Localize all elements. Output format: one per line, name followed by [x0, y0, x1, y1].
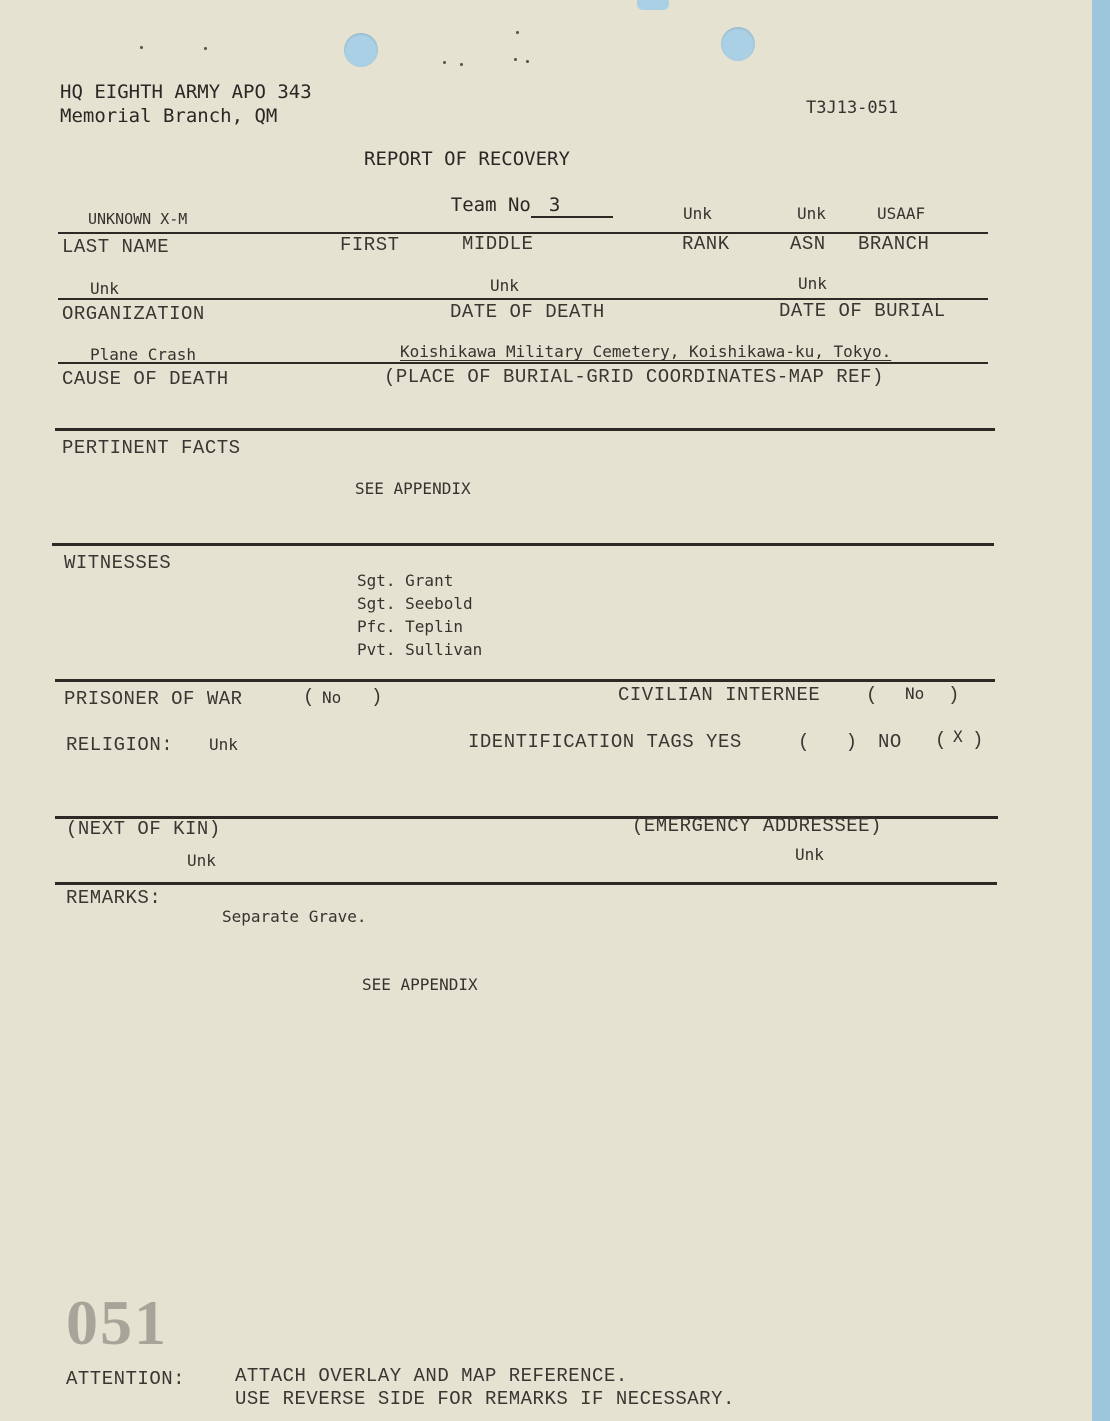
team-number-field: Team No3	[405, 172, 613, 240]
report-form-page: HQ EIGHTH ARMY APO 343 Memorial Branch, …	[0, 0, 1092, 1421]
witness-2: Sgt. Seebold	[357, 594, 473, 613]
witness-4: Pvt. Sullivan	[357, 640, 482, 659]
last-name-value: UNKNOWN X-M	[88, 210, 187, 228]
civ-open-paren: (	[866, 684, 878, 706]
attention-line-1: ATTACH OVERLAY AND MAP REFERENCE.	[235, 1365, 628, 1387]
punch-hole-left	[344, 33, 378, 67]
divider-status	[55, 679, 995, 682]
witnesses-label: WITNESSES	[64, 552, 171, 574]
civ-close-paren: )	[948, 684, 960, 706]
religion-label: RELIGION:	[66, 734, 173, 756]
civilian-internee-label: CIVILIAN INTERNEE	[618, 684, 820, 706]
report-title: REPORT OF RECOVERY	[364, 148, 570, 170]
date-of-burial-label: DATE OF BURIAL	[779, 300, 946, 322]
paper-speck	[516, 31, 519, 34]
rank-label: RANK	[682, 233, 730, 255]
place-of-burial-value: Koishikawa Military Cemetery, Koishikawa…	[400, 342, 891, 361]
date-of-death-value: Unk	[490, 276, 519, 295]
witness-3: Pfc. Teplin	[357, 617, 463, 636]
id-tags-no-label: NO	[878, 731, 902, 753]
divider-row3	[58, 362, 988, 364]
id-tags-yes-box: ( )	[798, 731, 858, 753]
religion-value: Unk	[209, 735, 238, 754]
date-of-death-label: DATE OF DEATH	[450, 301, 605, 323]
id-tags-no-value: X	[953, 727, 963, 746]
pow-label: PRISONER OF WAR	[64, 688, 243, 710]
witness-1: Sgt. Grant	[357, 571, 453, 590]
emergency-addressee-value: Unk	[795, 845, 824, 864]
unit-line-2: Memorial Branch, QM	[60, 105, 277, 127]
page-notch	[637, 0, 669, 10]
divider-remarks	[55, 882, 997, 885]
rank-value: Unk	[683, 204, 712, 223]
last-name-label: LAST NAME	[62, 236, 169, 258]
divider-witnesses	[52, 543, 994, 546]
first-name-label: FIRST	[340, 234, 400, 256]
middle-name-label: MIDDLE	[462, 233, 533, 255]
punch-hole-right	[721, 27, 755, 61]
organization-label: ORGANIZATION	[62, 303, 205, 325]
attention-line-2: USE REVERSE SIDE FOR REMARKS IF NECESSAR…	[235, 1388, 735, 1410]
asn-label: ASN	[790, 233, 826, 255]
attention-label: ATTENTION:	[66, 1368, 185, 1390]
id-tags-no-open-paren: (	[935, 729, 947, 751]
place-of-burial-label: (PLACE OF BURIAL-GRID COORDINATES-MAP RE…	[384, 366, 884, 388]
remarks-line-1: Separate Grave.	[222, 907, 367, 926]
cause-of-death-label: CAUSE OF DEATH	[62, 368, 229, 390]
remarks-label: REMARKS:	[66, 887, 161, 909]
paper-speck	[443, 61, 446, 64]
pow-close-paren: )	[371, 686, 383, 708]
unit-line-1: HQ EIGHTH ARMY APO 343	[60, 81, 312, 103]
remarks-line-2: SEE APPENDIX	[362, 975, 478, 994]
pow-value: No	[322, 688, 341, 707]
team-label: Team No	[451, 194, 531, 216]
date-of-burial-value: Unk	[798, 274, 827, 293]
emergency-addressee-label: (EMERGENCY ADDRESSEE)	[632, 815, 882, 837]
paper-speck	[204, 47, 207, 50]
id-tags-label: IDENTIFICATION TAGS YES	[468, 731, 742, 753]
pertinent-facts-value: SEE APPENDIX	[355, 479, 471, 498]
branch-value: USAAF	[877, 204, 925, 223]
page-stamp-number: 051	[66, 1286, 168, 1360]
paper-speck	[140, 46, 143, 49]
pow-open-paren: (	[303, 686, 315, 708]
id-tags-no-close-paren: )	[972, 729, 984, 751]
pertinent-facts-label: PERTINENT FACTS	[62, 437, 241, 459]
divider-pertinent-facts	[55, 428, 995, 431]
paper-speck	[526, 60, 529, 63]
team-number-value: 3	[531, 194, 613, 218]
organization-value: Unk	[90, 279, 119, 298]
paper-speck	[514, 58, 517, 61]
next-of-kin-label: (NEXT OF KIN)	[66, 818, 221, 840]
branch-label: BRANCH	[858, 233, 929, 255]
asn-value: Unk	[797, 204, 826, 223]
next-of-kin-value: Unk	[187, 851, 216, 870]
file-number: T3J13-051	[806, 98, 898, 118]
civilian-internee-value: No	[905, 684, 924, 703]
paper-speck	[460, 63, 463, 66]
